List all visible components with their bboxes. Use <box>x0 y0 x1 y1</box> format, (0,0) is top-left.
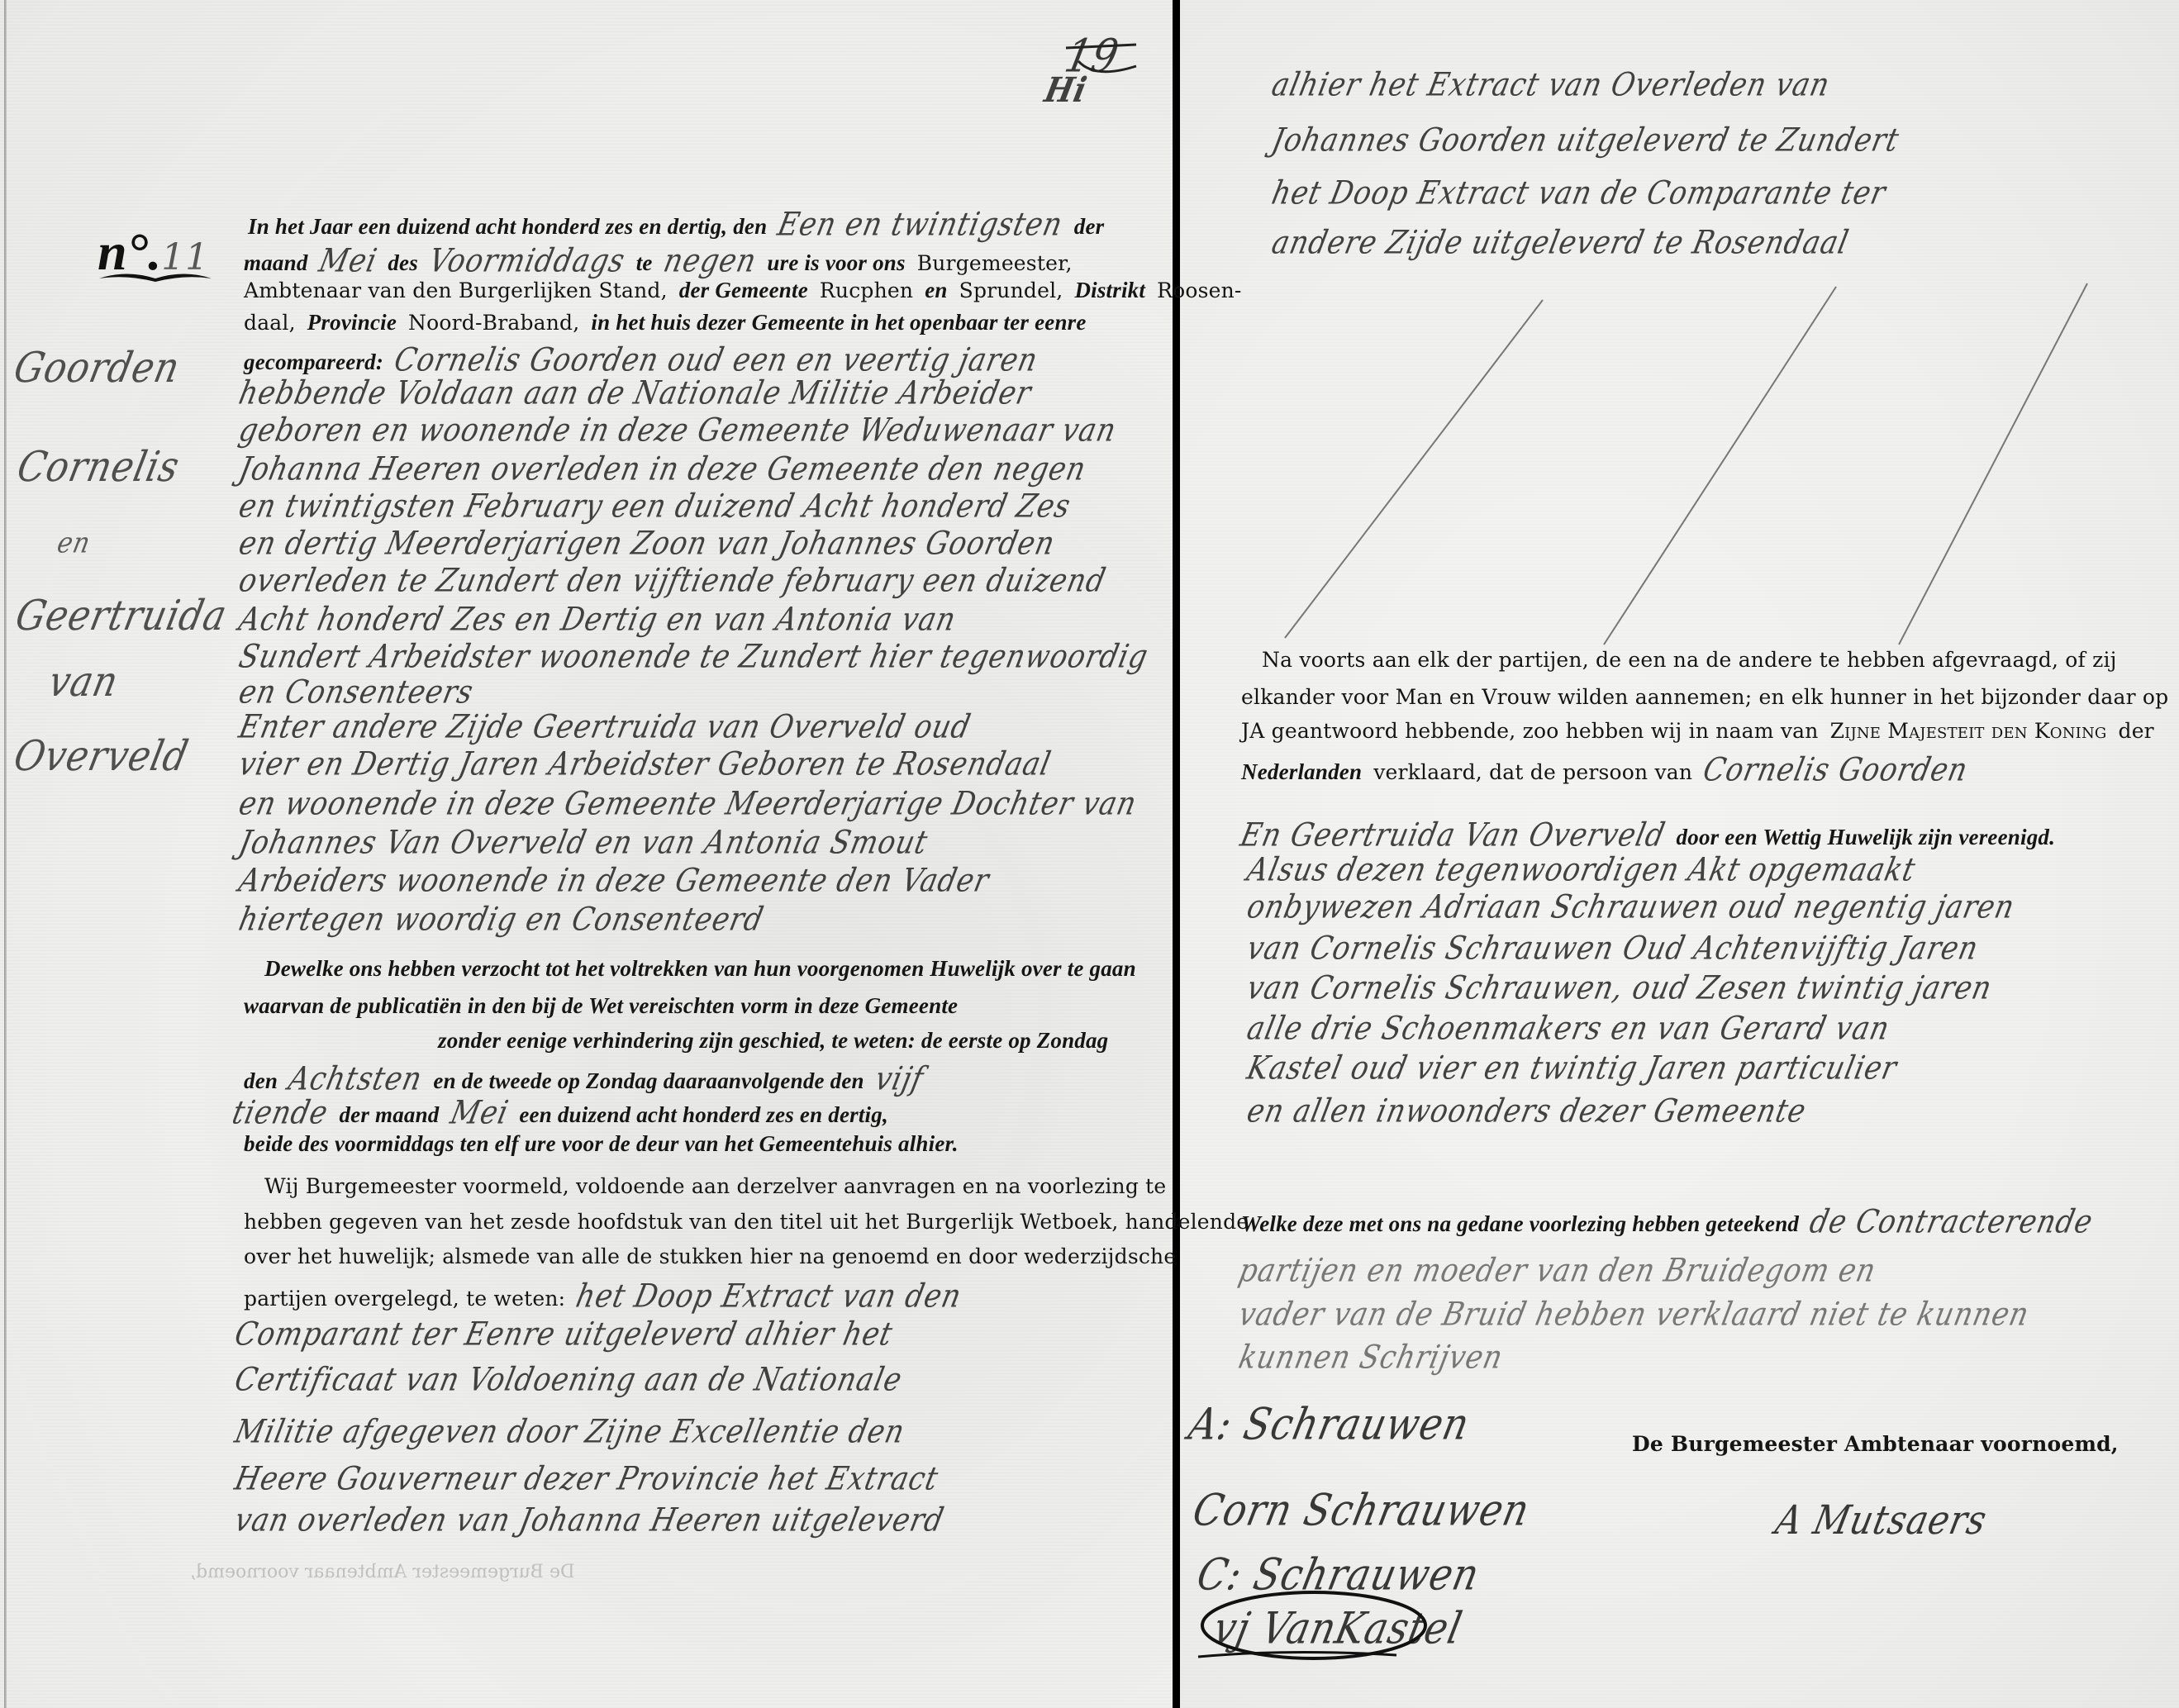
handwritten-line: Acht honderd Zes en Dertig en van Antoni… <box>236 601 959 639</box>
printed-text: Burgemeester, <box>917 251 1073 275</box>
text-line: waarvan de publicatiën in den bij de Wet… <box>244 993 958 1019</box>
printed-italic-text: door een Wettig Huwelijk zijn vereenigd. <box>1677 825 2056 850</box>
printed-italic-text: In het Jaar een duizend acht honderd zes… <box>248 214 767 240</box>
mayor-signature: A Mutsaers <box>1772 1496 1991 1543</box>
handwritten-entry: vijf <box>872 1060 927 1098</box>
printed-italic-text: der <box>1074 214 1105 240</box>
printed-italic-text: gecompareerd: <box>244 350 383 375</box>
text-line: partijen overgelegd, te weten:het Doop E… <box>244 1280 961 1313</box>
handwritten-line: onbywezen Adriaan Schrauwen oud negentig… <box>1244 888 2018 926</box>
text-line: En Geertruida Van Overvelddoor een Wetti… <box>1241 819 2055 852</box>
handwritten-line: kunnen Schrijven <box>1235 1339 1506 1377</box>
printed-text: Ambtenaar van den Burgerlijken Stand, <box>244 278 668 302</box>
printed-text: Sprundel, <box>959 278 1063 302</box>
text-line: Nederlandenverklaard, dat de persoon van… <box>1241 754 1967 787</box>
text-line: Dewelke ons hebben verzocht tot het volt… <box>264 956 1136 982</box>
handwritten-entry: Een en twintigsten <box>774 206 1066 244</box>
printed-text: hebben gegeven van het zesde hoofdstuk v… <box>244 1210 1249 1234</box>
handwritten-line: van Cornelis Schrauwen, oud Zesen twinti… <box>1244 969 1996 1007</box>
text-line: elkander voor Man en Vrouw wilden aannem… <box>1241 685 2168 709</box>
printed-text: partijen overgelegd, te weten: <box>244 1287 565 1311</box>
printed-italic-text: der Gemeente <box>679 278 808 303</box>
handwritten-line: Comparant ter Eenre uitgeleverd alhier h… <box>231 1315 897 1354</box>
handwritten-line: Johanna Heeren overleden in deze Gemeent… <box>236 450 1089 488</box>
text-line: beide des voormiddags ten elf ure voor d… <box>244 1131 959 1157</box>
page-divider <box>1173 0 1180 1708</box>
margin-particle-bride: van <box>45 658 123 707</box>
printed-italic-text: en de tweede op Zondag daaraanvolgende d… <box>433 1068 864 1094</box>
handwritten-line: overleden te Zundert den vijftiende febr… <box>236 562 1109 600</box>
handwritten-line: en woonende in deze Gemeente Meerderjari… <box>236 785 1140 823</box>
handwritten-entry: En Geertruida Van Overveld <box>1237 816 1668 854</box>
bleed-through-text: De Burgemeester Ambtenaar voornoemd, <box>190 1562 575 1582</box>
text-line: tiendeder maandMeieen duizend acht honde… <box>233 1097 888 1130</box>
printed-italic-text: Nederlanden <box>1241 759 1362 785</box>
handwritten-line: Corn Schrauwen <box>1188 1484 1534 1535</box>
printed-text: Wij Burgemeester voormeld, voldoende aan… <box>264 1174 1166 1198</box>
margin-given-bride: Geertruida <box>12 592 231 640</box>
text-line: JA geantwoord hebbende, zoo hebben wij i… <box>1241 719 2154 743</box>
text-line: denAchtstenen de tweede op Zondag daaraa… <box>244 1063 923 1096</box>
handwritten-line: hebbende Voldaan aan de Nationale Militi… <box>236 374 1035 412</box>
handwritten-line: partijen en moeder van den Bruidegom en <box>1235 1252 1880 1290</box>
text-line: Na voorts aan elk der partijen, de een n… <box>1262 648 2117 672</box>
printed-italic-text: waarvan de publicatiën in den bij de Wet… <box>244 993 958 1019</box>
printed-italic-text: Welke deze met ons na gedane voorlezing … <box>1241 1211 1799 1237</box>
printed-text: Na voorts aan elk der partijen, de een n… <box>1262 648 2117 672</box>
page-edge <box>4 0 7 1708</box>
handwritten-line: hiertegen woordig en Consenteerd <box>236 901 767 939</box>
text-line: zonder eenige verhindering zijn geschied… <box>438 1028 1108 1054</box>
handwritten-line: Arbeiders woonende in deze Gemeente den … <box>236 862 992 900</box>
margin-surname-bride: Overveld <box>10 732 193 781</box>
text-line: Ambtenaar van den Burgerlijken Stand,der… <box>244 278 1242 303</box>
text-line: gecompareerd:Cornelis Goorden oud een en… <box>244 344 1037 377</box>
printed-italic-text: Dewelke ons hebben verzocht tot het volt… <box>264 956 1136 982</box>
handwritten-line: en twintigsten February een duizend Acht… <box>236 488 1074 526</box>
printed-text: Rucphen <box>820 278 913 302</box>
printed-italic-text: der maand <box>339 1102 439 1128</box>
printed-italic-text: in het huis dezer Gemeente in het openba… <box>591 310 1086 335</box>
printed-text: over het huwelijk; alsmede van alle de s… <box>244 1244 1176 1268</box>
margin-surname-groom: Goorden <box>10 344 184 393</box>
handwritten-line: Militie afgegeven door Zijne Excellentie… <box>231 1413 908 1451</box>
text-line: hebben gegeven van het zesde hoofdstuk v… <box>244 1210 1249 1234</box>
handwritten-line: geboren en woonende in deze Gemeente Wed… <box>236 412 1120 450</box>
handwritten-line: A: Schrauwen <box>1184 1398 1474 1449</box>
printed-text: JA geantwoord hebbende, zoo hebben wij i… <box>1241 719 1819 743</box>
handwritten-line: Johannes Van Overveld en van Antonia Smo… <box>236 824 931 862</box>
handwritten-entry: de Contracterende <box>1806 1203 2096 1241</box>
text-line: Wij Burgemeester voormeld, voldoende aan… <box>264 1174 1166 1198</box>
handwritten-line: en Consenteers <box>236 673 477 711</box>
printed-italic-text: Distrikt <box>1074 278 1145 303</box>
handwritten-entry: tiende <box>229 1094 331 1132</box>
handwritten-entry: Mei <box>447 1094 512 1132</box>
text-line: daal,ProvincieNoord-Braband,in het huis … <box>244 310 1087 335</box>
handwritten-line: vier en Dertig Jaren Arbeidster Geboren … <box>236 745 1054 783</box>
printed-smallcaps-text: Zijne Majesteit den Koning <box>1830 719 2107 743</box>
printed-italic-text: beide des voormiddags ten elf ure voor d… <box>244 1131 959 1157</box>
handwritten-line: van Cornelis Schrauwen Oud Achtenvijftig… <box>1244 930 1982 968</box>
handwritten-line: Enter andere Zijde Geertruida van Overve… <box>236 708 974 746</box>
printed-italic-text: een duizend acht honderd zes en dertig, <box>519 1102 888 1128</box>
swash-ornament-icon <box>98 271 213 284</box>
printed-italic-text: des <box>388 250 418 276</box>
printed-italic-text: ure is voor ons <box>767 250 905 276</box>
handwritten-line: vader van de Bruid hebben verklaard niet… <box>1235 1296 2033 1334</box>
handwritten-line: Sundert Arbeidster woonende te Zundert h… <box>236 638 1152 676</box>
handwritten-entry: Voormiddags <box>426 242 629 280</box>
text-line: maandMeidesVoormiddagstenegenure is voor… <box>244 245 1073 278</box>
printed-text: daal, <box>244 311 296 335</box>
handwritten-line: van overleden van Johanna Heeren uitgele… <box>231 1501 948 1539</box>
handwritten-line: Certificaat van Voldoening aan de Nation… <box>231 1361 906 1399</box>
handwritten-line: Alsus dezen tegenwoordigen Akt opgemaakt <box>1244 851 1919 889</box>
printed-text: verklaard, dat de persoon van <box>1373 760 1692 784</box>
handwritten-line: Kastel oud vier en twintig Jaren particu… <box>1244 1049 1901 1087</box>
printed-text: elkander voor Man en Vrouw wilden aannem… <box>1241 685 2168 709</box>
printed-italic-text: en <box>925 278 947 303</box>
handwritten-line: alle drie Schoenmakers en van Gerard van <box>1244 1010 1893 1048</box>
text-line: In het Jaar een duizend acht honderd zes… <box>248 208 1104 241</box>
handwritten-entry: Achtsten <box>285 1060 426 1098</box>
handwritten-entry: het Doop Extract van den <box>573 1277 965 1315</box>
handwritten-line: en dertig Meerderjarigen Zoon van Johann… <box>236 525 1059 563</box>
handwritten-line: en allen inwoonders dezer Gemeente <box>1244 1092 1810 1130</box>
printed-italic-text: Provincie <box>307 310 397 335</box>
text-line: Welke deze met ons na gedane voorlezing … <box>1241 1206 2092 1239</box>
printed-text: der <box>2118 719 2153 743</box>
handwritten-entry: Cornelis Goorden <box>1700 751 1972 789</box>
printed-italic-text: te <box>636 250 653 276</box>
handwritten-entry: negen <box>660 242 760 280</box>
printed-italic-text: den <box>244 1068 278 1094</box>
printed-italic-text: maand <box>244 250 308 276</box>
folio-underline-icon <box>1058 41 1149 83</box>
mayor-label: De Burgemeester Ambtenaar voornoemd, <box>1632 1432 2119 1456</box>
margin-given-groom: Cornelis <box>13 443 184 492</box>
printed-text: Noord-Braband, <box>408 311 579 335</box>
text-line: over het huwelijk; alsmede van alle de s… <box>244 1244 1176 1268</box>
handwritten-entry: Mei <box>316 242 381 280</box>
printed-italic-text: zonder eenige verhindering zijn geschied… <box>438 1028 1108 1054</box>
signature-flourish-icon <box>1190 1582 1454 1673</box>
handwritten-line: Heere Gouverneur dezer Provincie het Ext… <box>231 1460 942 1498</box>
